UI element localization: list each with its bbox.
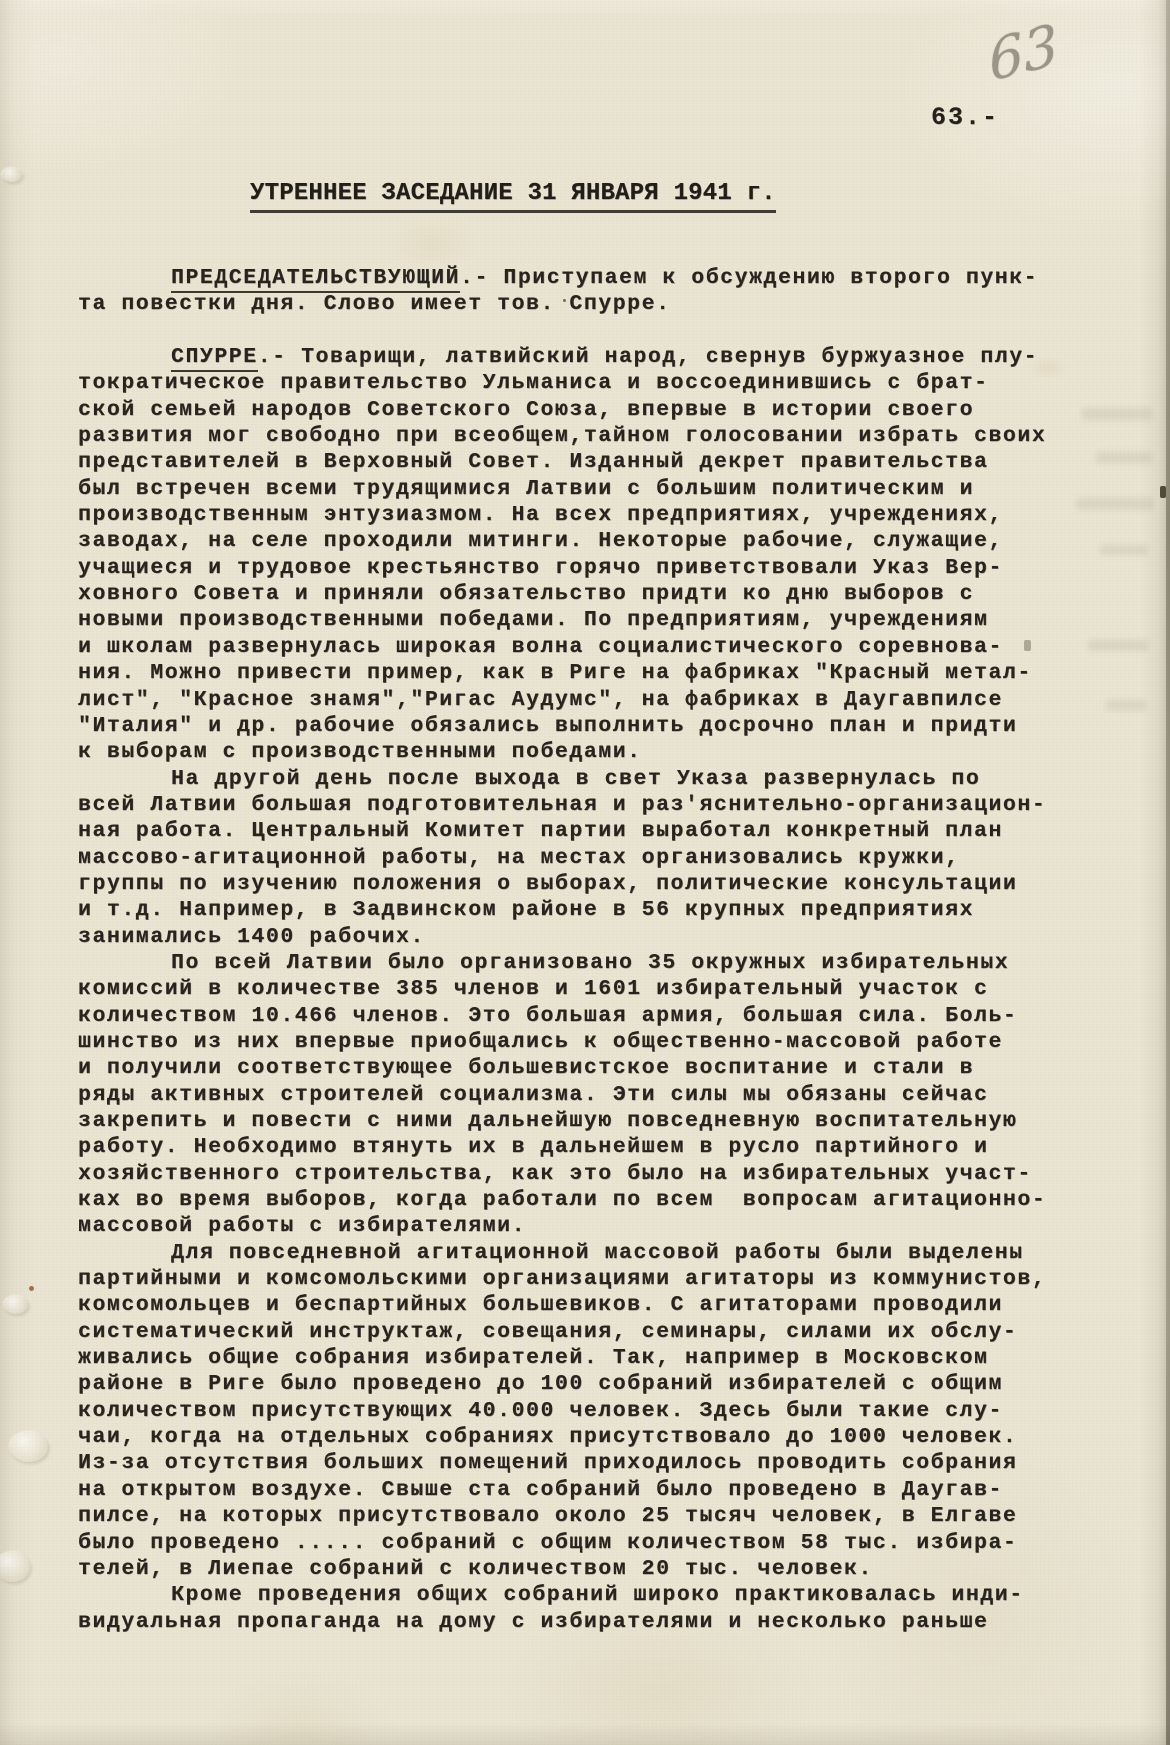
text-line: живались общие собрания избирателей. Так… — [78, 1345, 1123, 1371]
line-text: и получили соответствующее большевистско… — [78, 1056, 974, 1080]
line-text: группы по изучению положения о выборах, … — [78, 872, 1017, 896]
text-line: ряды активных строителей социализма. Эти… — [78, 1082, 1123, 1108]
typed-page-number: 63.- — [931, 103, 999, 132]
text-line: количеством 10.466 членов. Это большая а… — [78, 1003, 1123, 1029]
line-text: "Италия" и др. рабочие обязались выполни… — [78, 714, 1017, 738]
line-text: лист", "Красное знамя","Ригас Аудумс", н… — [78, 688, 1003, 712]
line-text: производственным энтузиазмом. На всех пр… — [78, 503, 1003, 527]
text-line: пилсе, на которых присутствовало около 2… — [78, 1503, 1123, 1529]
paper-speck — [29, 1286, 34, 1291]
line-text: видуальная пропаганда на дому с избирате… — [78, 1610, 988, 1634]
text-line: ховного Совета и приняли обязательство п… — [78, 581, 1123, 607]
text-line: и школам развернулась широкая волна соци… — [78, 634, 1123, 660]
text-line: хозяйственного строительства, как это бы… — [78, 1161, 1123, 1187]
line-text: всей Латвии большая подготовительная и р… — [78, 793, 1046, 817]
text-line: "Италия" и др. рабочие обязались выполни… — [78, 713, 1123, 739]
line-text: пилсе, на которых присутствовало около 2… — [78, 1504, 1017, 1528]
line-text: Из-за отсутствия больших помещений прихо… — [78, 1451, 1017, 1475]
line-text: представителей в Верховный Совет. Изданн… — [78, 450, 988, 474]
text-line: группы по изучению положения о выборах, … — [78, 871, 1123, 897]
line-text: партийными и комсомольскими организациям… — [78, 1267, 1046, 1291]
text-line: чаи, когда на отдельных собраниях присут… — [78, 1424, 1123, 1450]
text-line: комиссий в количестве 385 членов и 1601 … — [78, 976, 1123, 1002]
line-text: та повестки дня. Слово имеет тов. Спурре… — [78, 292, 671, 316]
paper-blemish — [0, 1552, 30, 1582]
line-text: массовой работы с избирателями. — [78, 1214, 526, 1238]
line-text: развития мог свободно при всеобщем,тайно… — [78, 424, 1046, 448]
line-text: комиссий в количестве 385 членов и 1601 … — [78, 977, 988, 1001]
text-line: ния. Можно привести пример, как в Риге н… — [78, 660, 1123, 686]
text-line: массово-агитационной работы, на местах о… — [78, 845, 1123, 871]
text-line: партийными и комсомольскими организациям… — [78, 1266, 1123, 1292]
text-line: СПУРРЕ.- Товарищи, латвийский народ, све… — [78, 344, 1123, 370]
line-text: ная работа. Центральный Комитет партии в… — [78, 819, 1003, 843]
text-line: занимались 1400 рабочих. — [78, 924, 1123, 950]
speaker-name: ПРЕДСЕДАТЕЛЬСТВУЮЩИЙ — [171, 266, 460, 293]
line-text: живались общие собрания избирателей. Так… — [78, 1346, 988, 1370]
text-line: и получили соответствующее большевистско… — [78, 1055, 1123, 1081]
line-text: По всей Латвии было организовано 35 окру… — [171, 951, 1009, 975]
line-text: ряды активных строителей социализма. Эти… — [78, 1083, 988, 1107]
text-line: ской семьей народов Советского Союза, вп… — [78, 397, 1123, 423]
line-text: Кроме проведения общих собраний широко п… — [171, 1583, 1024, 1607]
blank-line — [78, 318, 1123, 344]
line-text: занимались 1400 рабочих. — [78, 925, 425, 949]
text-line: ная работа. Центральный Комитет партии в… — [78, 818, 1123, 844]
text-line: был встречен всеми трудящимися Латвии с … — [78, 476, 1123, 502]
line-text: хозяйственного строительства, как это бы… — [78, 1162, 1032, 1186]
text-line: Из-за отсутствия больших помещений прихо… — [78, 1450, 1123, 1476]
line-text: ховного Совета и приняли обязательство п… — [78, 582, 974, 606]
line-text: На другой день после выхода в свет Указа… — [171, 767, 980, 791]
line-text: ской семьей народов Советского Союза, вп… — [78, 398, 974, 422]
line-text: заводах, на селе проходили митинги. Неко… — [78, 529, 1003, 553]
text-line: к выборам с производственными победами. — [78, 739, 1123, 765]
text-line: учащиеся и трудовое крестьянство горячо … — [78, 555, 1123, 581]
line-text: на открытом воздухе. Свыше ста собраний … — [78, 1478, 1003, 1502]
text-line: та повестки дня. Слово имеет тов. Спурре… — [78, 291, 1123, 317]
line-text: телей, в Лиепае собраний с количеством 2… — [78, 1557, 873, 1581]
line-text: тократическое правительство Ульманиса и … — [78, 371, 988, 395]
text-line: развития мог свободно при всеобщем,тайно… — [78, 423, 1123, 449]
line-text: количеством 10.466 членов. Это большая а… — [78, 1004, 1017, 1028]
text-line: ПРЕДСЕДАТЕЛЬСТВУЮЩИЙ.- Приступаем к обсу… — [78, 265, 1123, 291]
document-body: ПРЕДСЕДАТЕЛЬСТВУЮЩИЙ.- Приступаем к обсу… — [78, 265, 1123, 1635]
line-text: районе в Риге было проведено до 100 собр… — [78, 1372, 1003, 1396]
line-text: учащиеся и трудовое крестьянство горячо … — [78, 556, 1003, 580]
text-line: шинство из них впервые приобщались к общ… — [78, 1029, 1123, 1055]
paper-blemish — [4, 1296, 28, 1314]
text-line: По всей Латвии было организовано 35 окру… — [78, 950, 1123, 976]
line-text: количеством присутствующих 40.000 челове… — [78, 1399, 1003, 1423]
text-line: заводах, на селе проходили митинги. Неко… — [78, 528, 1123, 554]
line-text: .- Товарищи, латвийский народ, свернув б… — [258, 345, 1038, 369]
line-text: систематический инструктаж, совещания, с… — [78, 1320, 1017, 1344]
text-line: видуальная пропаганда на дому с избирате… — [78, 1609, 1123, 1635]
text-line: новыми производственными победами. По пр… — [78, 607, 1123, 633]
line-text: комсомольцев и беспартийных большевиков.… — [78, 1293, 1003, 1317]
paper-speck — [1160, 486, 1166, 498]
line-text: новыми производственными победами. По пр… — [78, 608, 988, 632]
text-line: Для повседневной агитационной массовой р… — [78, 1240, 1123, 1266]
text-line: комсомольцев и беспартийных большевиков.… — [78, 1292, 1123, 1318]
handwritten-page-number: 63 — [986, 17, 1061, 90]
text-line: всей Латвии большая подготовительная и р… — [78, 792, 1123, 818]
text-line: представителей в Верховный Совет. Изданн… — [78, 449, 1123, 475]
text-line: и т.д. Например, в Задвинском районе в 5… — [78, 897, 1123, 923]
text-line: районе в Риге было проведено до 100 собр… — [78, 1371, 1123, 1397]
line-text: Для повседневной агитационной массовой р… — [171, 1241, 1024, 1265]
text-line: ках во время выборов, когда работали по … — [78, 1187, 1123, 1213]
text-line: работу. Необходимо втянуть их в дальнейш… — [78, 1134, 1123, 1160]
text-line: На другой день после выхода в свет Указа… — [78, 766, 1123, 792]
text-line: было проведено ..... собраний с общим ко… — [78, 1530, 1123, 1556]
line-text: и школам развернулась широкая волна соци… — [78, 635, 1003, 659]
document-title: УТРЕННЕЕ ЗАСЕДАНИЕ 31 ЯНВАРЯ 1941 г. — [250, 180, 776, 213]
text-line: тократическое правительство Ульманиса и … — [78, 370, 1123, 396]
line-text: шинство из них впервые приобщались к общ… — [78, 1030, 1003, 1054]
line-text: чаи, когда на отдельных собраниях присут… — [78, 1425, 1017, 1449]
line-text: и т.д. Например, в Задвинском районе в 5… — [78, 898, 974, 922]
page-edge-shadow — [1166, 0, 1170, 1745]
paper-blemish — [10, 1432, 48, 1462]
text-line: производственным энтузиазмом. На всех пр… — [78, 502, 1123, 528]
document-page: 63 63.- УТРЕННЕЕ ЗАСЕДАНИЕ 31 ЯНВАРЯ 194… — [0, 0, 1170, 1745]
text-line: количеством присутствующих 40.000 челове… — [78, 1398, 1123, 1424]
text-line: лист", "Красное знамя","Ригас Аудумс", н… — [78, 687, 1123, 713]
line-text: .- Приступаем к обсуждению второго пунк- — [460, 266, 1038, 290]
text-line: закрепить и повести с ними дальнейшую по… — [78, 1108, 1123, 1134]
line-text: ния. Можно привести пример, как в Риге н… — [78, 661, 1032, 685]
text-line: систематический инструктаж, совещания, с… — [78, 1319, 1123, 1345]
line-text: закрепить и повести с ними дальнейшую по… — [78, 1109, 1017, 1133]
line-text: работу. Необходимо втянуть их в дальнейш… — [78, 1135, 988, 1159]
line-text: массово-агитационной работы, на местах о… — [78, 846, 960, 870]
text-line: массовой работы с избирателями. — [78, 1213, 1123, 1239]
text-line: Кроме проведения общих собраний широко п… — [78, 1582, 1123, 1608]
line-text: ках во время выборов, когда работали по … — [78, 1188, 1046, 1212]
line-text: к выборам с производственными победами. — [78, 740, 642, 764]
line-text: было проведено ..... собраний с общим ко… — [78, 1531, 1017, 1555]
paper-blemish — [2, 168, 22, 182]
speaker-name: СПУРРЕ — [171, 345, 258, 372]
line-text: был встречен всеми трудящимися Латвии с … — [78, 477, 974, 501]
text-line: телей, в Лиепае собраний с количеством 2… — [78, 1556, 1123, 1582]
text-line: на открытом воздухе. Свыше ста собраний … — [78, 1477, 1123, 1503]
